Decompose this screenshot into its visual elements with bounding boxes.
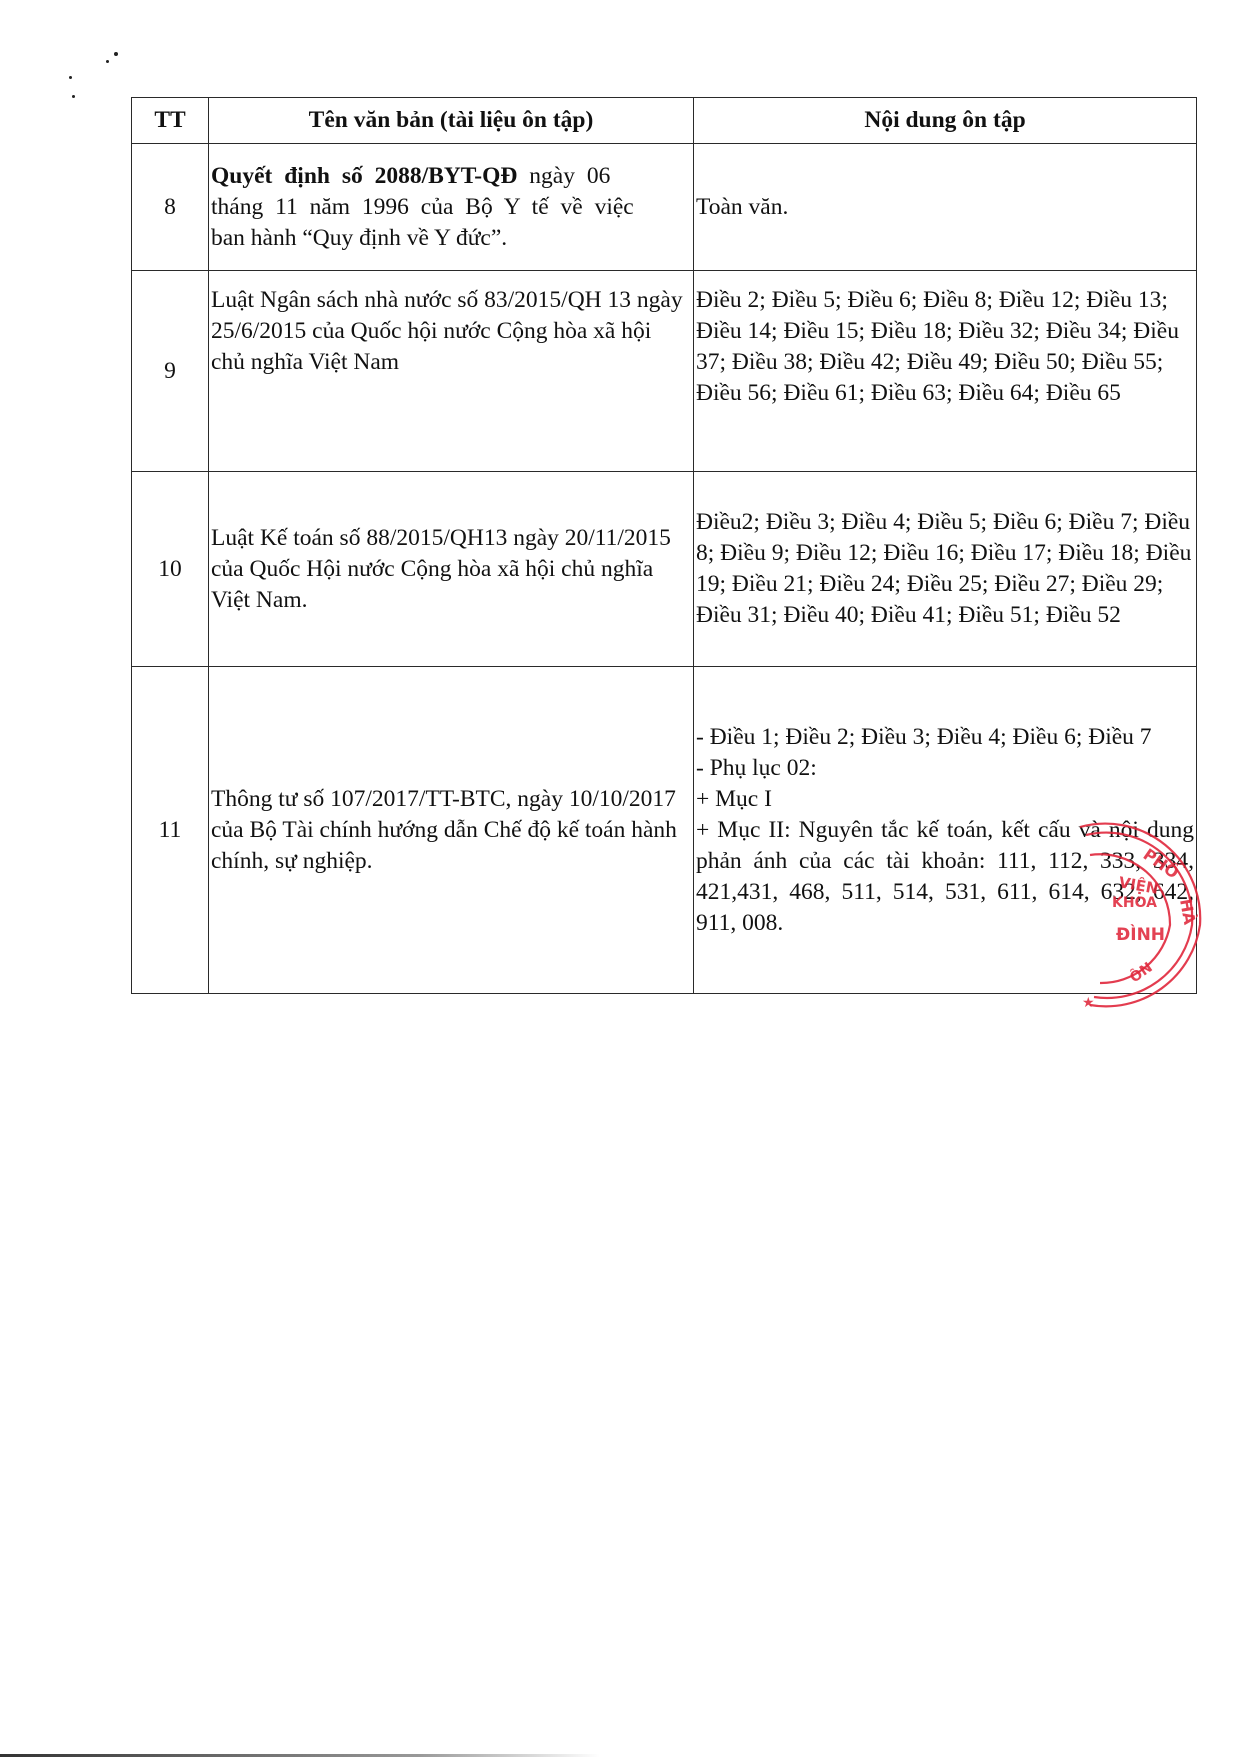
scan-speck — [106, 60, 109, 63]
row-number: 11 — [132, 667, 209, 994]
review-materials-table: TT Tên văn bản (tài liệu ôn tập) Nội dun… — [131, 97, 1197, 994]
document-name-line: tháng 11 năm 1996 của Bộ Y tế về việc — [211, 192, 691, 223]
header-review-content: Nội dung ôn tập — [694, 98, 1197, 144]
review-content-line: + Mục II: Nguyên tắc kế toán, kết cấu và… — [696, 815, 1194, 939]
scan-speck — [72, 95, 75, 98]
document-name-line: Quyết định số 2088/BYT-QĐ ngày 06 — [211, 161, 691, 192]
review-content-line: + Mục I — [696, 784, 1194, 815]
row-number: 8 — [132, 144, 209, 271]
document-name-cell: Thông tư số 107/2017/TT-BTC, ngày 10/10/… — [209, 667, 694, 994]
document-name-cell: Luật Ngân sách nhà nước số 83/2015/QH 13… — [209, 271, 694, 472]
review-content-cell: - Điều 1; Điều 2; Điều 3; Điều 4; Điều 6… — [694, 667, 1197, 994]
review-content-cell: Toàn văn. — [694, 144, 1197, 271]
header-tt: TT — [132, 98, 209, 144]
review-content-line: - Phụ lục 02: — [696, 753, 1194, 784]
review-content-cell: Điều 2; Điều 5; Điều 6; Điều 8; Điều 12;… — [694, 271, 1197, 472]
scan-speck — [114, 52, 118, 56]
table-row: 8 Quyết định số 2088/BYT-QĐ ngày 06 thán… — [132, 144, 1197, 271]
document-name-line: ban hành “Quy định về Y đức”. — [211, 223, 691, 254]
stamp-star: ★ — [1082, 995, 1095, 1011]
header-document-name: Tên văn bản (tài liệu ôn tập) — [209, 98, 694, 144]
row-number: 10 — [132, 472, 209, 667]
row-number: 9 — [132, 271, 209, 472]
document-name-text: ngày 06 — [517, 163, 610, 189]
review-content-line: - Điều 1; Điều 2; Điều 3; Điều 4; Điều 6… — [696, 722, 1194, 753]
table-row: 11 Thông tư số 107/2017/TT-BTC, ngày 10/… — [132, 667, 1197, 994]
document-name-cell: Quyết định số 2088/BYT-QĐ ngày 06 tháng … — [209, 144, 694, 271]
review-content-cell: Điều2; Điều 3; Điều 4; Điều 5; Điều 6; Đ… — [694, 472, 1197, 667]
table-row: 9 Luật Ngân sách nhà nước số 83/2015/QH … — [132, 271, 1197, 472]
table-header-row: TT Tên văn bản (tài liệu ôn tập) Nội dun… — [132, 98, 1197, 144]
scan-speck — [69, 76, 72, 79]
table-row: 10 Luật Kế toán số 88/2015/QH13 ngày 20/… — [132, 472, 1197, 667]
document-name-cell: Luật Kế toán số 88/2015/QH13 ngày 20/11/… — [209, 472, 694, 667]
document-title-bold: Quyết định số 2088/BYT-QĐ — [211, 163, 517, 189]
